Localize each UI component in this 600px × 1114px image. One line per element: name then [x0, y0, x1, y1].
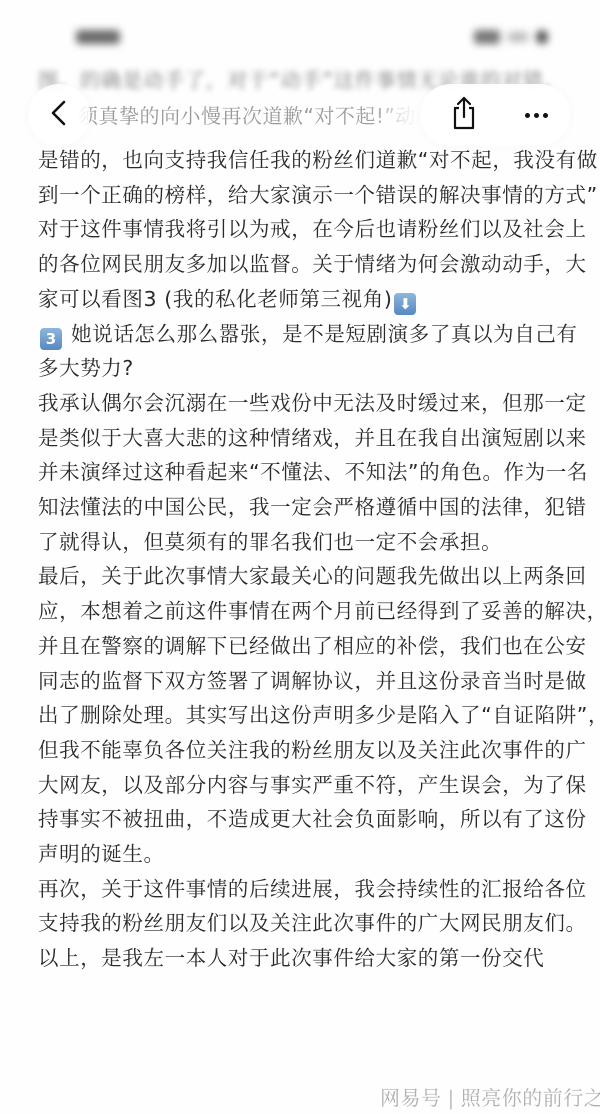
keycap-3-emoji-icon: 3 [40, 328, 62, 350]
text-line: 对于这件事情我将引以为戒，在今后也请粉丝们以及社会上 [38, 212, 568, 247]
text-line: 但我不能辜负各位关注我的粉丝朋友以及关注此次事件的广 [38, 733, 568, 768]
text-line: 是错的，也向支持我信任我的粉丝们道歉“对不起，我没有做 [38, 143, 568, 178]
text-line: 是类似于大喜大悲的这种情绪戏，并且在我自出演短剧以来 [38, 421, 568, 456]
watermark-separator: | [448, 1086, 455, 1110]
status-time [76, 30, 120, 44]
text-line: 并且在警察的调解下已经做出了相应的补偿，我们也在公安 [38, 629, 568, 664]
text-line: 应，本想着之前这件事情在两个月前已经得到了妥善的解决， [38, 594, 568, 629]
text-line: 大网友，以及部分内容与事实严重不符，产生误会，为了保 [38, 768, 568, 803]
text-line: 出了删除处理。其实写出这份声明多少是陷入了“自证陷阱”， [38, 698, 568, 733]
chevron-left-icon [47, 98, 71, 132]
text-segment: 家可以看图3 (我的私化老师第三视角) [38, 287, 392, 311]
paragraph-followup: 再次，关于这件事情的后续进展，我会持续性的汇报给各位 支持我的粉丝朋友们以及关注… [38, 872, 568, 941]
share-icon [449, 95, 479, 135]
text-line: 同志的监督下双方签署了调解协议，并且这份录音当时是做 [38, 664, 568, 699]
text-segment: 她说话怎么那么嚣张，是不是短剧演多了真以为自己有 [64, 322, 578, 346]
more-horizontal-icon [523, 113, 550, 118]
down-arrow-emoji-icon: ⬇ [394, 293, 416, 315]
more-button[interactable] [516, 96, 556, 134]
paragraph-point-3: 3 她说话怎么那么嚣张，是不是短剧演多了真以为自己有 多大势力? [38, 317, 568, 386]
nav-actions [420, 84, 570, 146]
battery-icon [536, 30, 548, 44]
watermark-slogan: 照亮你的前行之路 [461, 1086, 600, 1110]
back-button[interactable] [28, 84, 90, 146]
paragraph-apology: 是错的，也向支持我信任我的粉丝们道歉“对不起，我没有做 到一个正确的榜样，给大家… [38, 143, 568, 317]
text-line: 以上，是我左一本人对于此次事件给大家的第一份交代 [38, 941, 568, 976]
wifi-icon [508, 32, 528, 42]
text-line: 到一个正确的榜样，给大家演示一个错误的解决事情的方式” [38, 178, 568, 213]
paragraph-acting: 我承认偶尔会沉溺在一些戏份中无法及时缓过来，但那一定 是类似于大喜大悲的这种情绪… [38, 386, 568, 560]
text-line: 并未演绎过这种看起来“不懂法、不知法”的角色。作为一名 [38, 455, 568, 490]
text-line: 了就得认，但莫须有的罪名我们也一定不会承担。 [38, 525, 568, 560]
text-line: 最后，关于此次事情大家最关心的问题我先做出以上两条回 [38, 559, 568, 594]
paragraph-conclusion: 以上，是我左一本人对于此次事件给大家的第一份交代 [38, 941, 568, 976]
paragraph-finally: 最后，关于此次事情大家最关心的问题我先做出以上两条回 应，本想着之前这件事情在两… [38, 559, 568, 871]
status-bar [0, 22, 600, 62]
text-line: 3 她说话怎么那么嚣张，是不是短剧演多了真以为自己有 [38, 317, 568, 352]
text-line: 多大势力? [38, 351, 568, 386]
text-line: 支持我的粉丝朋友们以及关注此次事件的广大网民朋友们。 [38, 906, 568, 941]
text-line: 声明的诞生。 [38, 837, 568, 872]
share-button[interactable] [446, 96, 482, 134]
article-screen: 图，的确是动手了，对于“动手”这件事情无论谁的对错，我 须真挚的向小慢再次道歉“… [0, 0, 600, 1114]
nav-header: 须真挚的向小慢再次道歉“对不起!”动手打 [0, 84, 600, 146]
article-body: 是错的，也向支持我信任我的粉丝们道歉“对不起，我没有做 到一个正确的榜样，给大家… [38, 143, 568, 976]
watermark-brand: 网易号 [380, 1086, 442, 1110]
text-line: 持事实不被扭曲，不造成更大社会负面影响，所以有了这份 [38, 802, 568, 837]
text-line: 的各位网民朋友多加以监督。关于情绪为何会激动动手，大 [38, 247, 568, 282]
signal-icon [474, 30, 500, 44]
text-line: 知法懂法的中国公民，我一定会严格遵循中国的法律，犯错 [38, 490, 568, 525]
text-line: 我承认偶尔会沉溺在一些戏份中无法及时缓过来，但那一定 [38, 386, 568, 421]
watermark: 网易号|照亮你的前行之路 [380, 1082, 600, 1111]
text-line: 再次，关于这件事情的后续进展，我会持续性的汇报给各位 [38, 872, 568, 907]
status-indicators [474, 30, 548, 44]
nav-title: 须真挚的向小慢再次道歉“对不起!”动手打 [78, 100, 418, 129]
text-line: 家可以看图3 (我的私化老师第三视角)⬇ [38, 282, 568, 317]
